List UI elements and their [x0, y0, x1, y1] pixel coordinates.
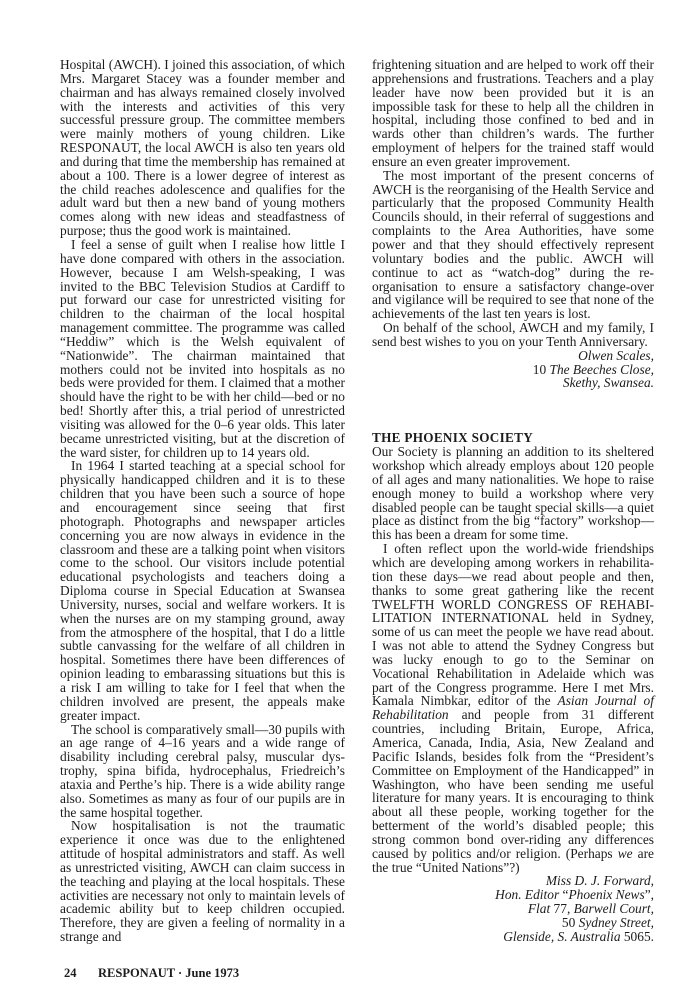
paragraph-special-school: In 1964 I started teaching at a special … — [60, 459, 345, 722]
publication-info: RESPONAUT · June 1973 — [98, 966, 239, 980]
signature-flat: Flat 77, Barwell Court, — [372, 902, 654, 916]
publication-name: Phoenix News — [568, 887, 644, 902]
signature-olwen-scales: Olwen Scales, 10 The Beeches Close, Sket… — [372, 349, 654, 391]
paragraph-frightening-situation: frightening situation and are helped to … — [372, 58, 654, 169]
left-column: Hospital (AWCH). I joined this associati… — [60, 58, 345, 944]
paragraph-health-service: The most important of the present concer… — [372, 169, 654, 321]
city-name: Glenside, S. Australia — [503, 929, 620, 944]
postcode: 5065. — [621, 929, 654, 944]
signature-street: 50 Sydney Street, — [372, 916, 654, 930]
paragraph-sheltered-workshop: Our Society is planning an addition to i… — [372, 445, 654, 542]
signature-name: Miss D. J. Forward, — [372, 874, 654, 888]
flat-prefix: Flat — [528, 901, 550, 916]
signature-city: Glenside, S. Australia 5065. — [372, 930, 654, 944]
signature-address-town: Skethy, Swansea. — [372, 376, 654, 390]
street-number: 50 — [562, 915, 579, 930]
right-column: frightening situation and are helped to … — [372, 58, 654, 944]
paragraph-awch-membership: Hospital (AWCH). I joined this associati… — [60, 58, 345, 238]
page-number: 24 — [64, 966, 98, 981]
flat-number: 77, — [550, 901, 573, 916]
paragraph-best-wishes: On behalf of the school, AWCH and my fam… — [372, 321, 654, 349]
section-heading-phoenix-society: THE PHOENIX SOCIETY — [372, 431, 654, 445]
address-number: 10 — [533, 362, 550, 377]
magazine-page: Hospital (AWCH). I joined this associati… — [0, 0, 690, 1007]
flat-name: Barwell Court, — [574, 901, 654, 916]
signature-d-j-forward: Miss D. J. Forward, Hon. Editor “Phoenix… — [372, 874, 654, 943]
page-footer: 24RESPONAUT · June 1973 — [64, 966, 239, 981]
signature-name: Olwen Scales, — [372, 349, 654, 363]
street-name: Sydney Street, — [579, 915, 654, 930]
address-street-name: The Beeches Close, — [550, 362, 655, 377]
paragraph-text-part-1: I often reflect upon the world-wide frie… — [372, 541, 654, 708]
signature-address-street: 10 The Beeches Close, — [372, 363, 654, 377]
paragraph-text-part-2: and people from 31 different countries, … — [372, 707, 654, 860]
paragraph-hospitalisation: Now hospitalisation is not the traumatic… — [60, 819, 345, 944]
paragraph-school-size: The school is comparatively small—30 pup… — [60, 723, 345, 820]
emphasis-word: we — [618, 846, 633, 861]
paragraph-bbc-television: I feel a sense of guilt when I realise h… — [60, 238, 345, 460]
quote-close: ”, — [645, 887, 654, 902]
paragraph-world-friendships: I often reflect upon the world-wide frie… — [372, 542, 654, 874]
signature-role: Hon. Editor “Phoenix News”, — [372, 888, 654, 902]
role-prefix: Hon. Editor — [495, 887, 562, 902]
